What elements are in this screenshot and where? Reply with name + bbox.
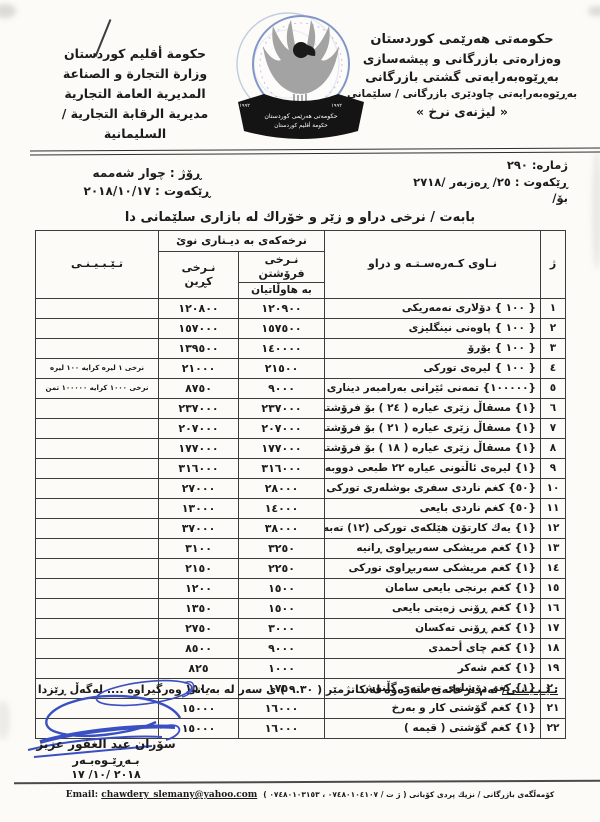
scan-smudge <box>592 150 600 270</box>
buy-price: ٢١٥٠ <box>159 558 239 578</box>
header-divider <box>30 148 600 156</box>
row-number: ٥ <box>541 378 566 398</box>
row-number: ٢٢ <box>541 718 566 738</box>
buy-price: ٣١٦٠٠٠ <box>159 458 239 478</box>
buy-price: ١٥٧٠٠٠ <box>159 318 239 338</box>
table-row: ١٥ {١} كغم برنجی بایعی سامان ١٥٠٠ ١٢٠٠ <box>36 578 566 598</box>
signatory-name: سۆران عبد الغفور عزیز <box>26 737 186 751</box>
col-header-price-group: نرخه‌كه‌ی به‌ دیـناری نوێ <box>159 231 325 252</box>
price-table: ژ نـاوی كـه‌ره‌سـتـه‌ و دراو نرخه‌كه‌ی ب… <box>35 230 566 739</box>
table-row: ٩ {١} لیره‌ی ئاڵتونی عیاره‌ ٢٢ طبعی دووب… <box>36 458 566 478</box>
row-number: ٨ <box>541 438 566 458</box>
row-number: ٤ <box>541 358 566 378</box>
sell-price: ١٥٠٠ <box>239 598 325 618</box>
item-name: {١} كغم مریشكی سه‌ربڕاوی ڕانیه‌ <box>325 538 541 558</box>
sell-price: ١٦٠٠٠ <box>239 698 325 718</box>
footer-address-phones: كۆمه‌ڵگه‌ی بازرگانی / نزیك پردی كۆبانی (… <box>263 790 554 799</box>
table-row: ١٤ {١} كغم مریشكی سه‌ربڕاوی توركی ٢٢٥٠ ٢… <box>36 558 566 578</box>
table-row: ١١ {٥٠} كغم ناردی بایعی ١٤٠٠٠ ١٣٠٠٠ <box>36 498 566 518</box>
sell-price: ٢٢٥٠ <box>239 558 325 578</box>
row-note <box>36 598 159 618</box>
table-row: ٣ { ١٠٠ } یۆرۆ ١٤٠٠٠٠ ١٣٩٥٠٠ <box>36 338 566 358</box>
row-note <box>36 558 159 578</box>
scan-smudge <box>0 700 10 740</box>
letterhead-line: به‌ڕێوه‌به‌رایه‌تی چاودێری بازرگانی / سل… <box>342 87 582 103</box>
buy-price: ٢٠٧٠٠٠ <box>159 418 239 438</box>
table-row: ٥ {١٠٠٠٠٠} تمه‌نی ئێرانی به‌رامبه‌ر دینا… <box>36 378 566 398</box>
buy-price: ٢٧٥٠ <box>159 618 239 638</box>
price-table-header: ژ نـاوی كـه‌ره‌سـتـه‌ و دراو نرخه‌كه‌ی ب… <box>36 231 566 299</box>
sell-price: ٣٠٠٠ <box>239 618 325 638</box>
item-name: {١} كغم مریشكی سه‌ربڕاوی توركی <box>325 558 541 578</box>
col-header-buy-line: كڕین <box>160 275 237 289</box>
sell-price: ١٦٠٠٠ <box>239 718 325 738</box>
item-name: {٥٠} كغم ناردی بایعی <box>325 498 541 518</box>
item-name: { ١٠٠ } یۆرۆ <box>325 338 541 358</box>
row-number: ١٨ <box>541 638 566 658</box>
price-table-body: ١ { ١٠٠ } دۆلاری نه‌مه‌ریكی ١٢٠٩٠٠ ١٢٠٨٠… <box>36 298 566 738</box>
letterhead-arabic: حكومة أقليم كوردستان وزارة التجارة و الص… <box>30 44 240 144</box>
letterhead-line: وه‌زاره‌تی بازرگانی و پیشه‌سازی <box>342 50 582 69</box>
letterhead-line: وزارة التجارة و الصناعة <box>30 64 240 84</box>
buy-price: ١٣٠٠٠ <box>159 498 239 518</box>
col-header-to-citizens: به‌ هاوڵاتیان <box>239 282 325 298</box>
buy-price: ١٢٠٨٠٠ <box>159 298 239 318</box>
col-header-number: ژ <box>541 231 566 299</box>
col-header-sell-line: نـرخی <box>240 253 323 267</box>
table-row: ١٦ {١} كغم ڕۆنی زه‌یتی بایعی ١٥٠٠ ١٣٥٠ <box>36 598 566 618</box>
item-name: {١} مسقاڵ زێری عیاره‌ ( ٢١ ) بۆ فرۆشتن <box>325 418 541 438</box>
buy-price: ٨٧٥٠ <box>159 378 239 398</box>
row-number: ١٣ <box>541 538 566 558</box>
table-row: ٧ {١} مسقاڵ زێری عیاره‌ ( ٢١ ) بۆ فرۆشتن… <box>36 418 566 438</box>
col-header-buy-line: نـرخی <box>160 261 237 275</box>
row-note <box>36 478 159 498</box>
row-note <box>36 438 159 458</box>
table-row: ١٣ {١} كغم مریشكی سه‌ربڕاوی ڕانیه‌ ٣٢٥٠ … <box>36 538 566 558</box>
letterhead-line: حكومة أقليم كوردستان <box>30 44 240 64</box>
scan-smudge <box>0 4 16 18</box>
table-row: ٦ {١} مسقاڵ زێری عیاره‌ ( ٢٤ ) بۆ فرۆشتن… <box>36 398 566 418</box>
doc-date-gregorian: ڕێكه‌وت : ٢٠١٨/١٠/١٧ <box>52 182 242 200</box>
col-header-buy-price: نـرخی كڕین <box>159 252 239 299</box>
sell-price: ٣٢٥٠ <box>239 538 325 558</box>
row-note <box>36 638 159 658</box>
row-note <box>36 458 159 478</box>
table-row: ١٩ {١} كغم شه‌كر ١٠٠٠ ٨٢٥ <box>36 658 566 678</box>
buy-price: ٣١٠٠ <box>159 538 239 558</box>
table-row: ١٨ {١} كغم چای أحمدی ٩٠٠٠ ٨٥٠٠ <box>36 638 566 658</box>
scan-smudge <box>588 6 600 16</box>
row-note <box>36 338 159 358</box>
row-number: ١٢ <box>541 518 566 538</box>
buy-price: ١٣٩٥٠٠ <box>159 338 239 358</box>
sell-price: ١٥٧٥٠٠ <box>239 318 325 338</box>
doc-day: ڕۆژ : چوار شه‌ممه‌ <box>52 164 242 182</box>
document-meta-right: ژماره‌: ٢٩٠ ڕێكه‌وت : ٢٥/ ڕه‌زبه‌ر /٢٧١٨… <box>413 157 568 207</box>
sell-price: ٣١٦٠٠٠ <box>239 458 325 478</box>
kurdistan-government-emblem: حكومه‌تی هه‌رێمی كوردستان حكومة أقليم كو… <box>228 6 374 152</box>
item-name: {١} مسقاڵ زێری عیاره‌ ( ٢٤ ) بۆ فرۆشتن <box>325 398 541 418</box>
buy-price: ٢٣٧٠٠٠ <box>159 398 239 418</box>
price-committee-label: « لیژنه‌ی نرخ » <box>342 103 582 122</box>
table-row: ١٠ {٥٠} كغم ناردی سفری بوشله‌ری توركی ٢٨… <box>36 478 566 498</box>
item-name: { ١٠٠ } پاوه‌نی نینگلیزی <box>325 318 541 338</box>
sell-price: ٣٨٠٠٠ <box>239 518 325 538</box>
item-name: {١} مسقاڵ زێری عیاره‌ ( ١٨ ) بۆ فرۆشتن <box>325 438 541 458</box>
row-number: ٣ <box>541 338 566 358</box>
footer-contact-line: كۆمه‌ڵگه‌ی بازرگانی / نزیك پردی كۆبانی (… <box>40 790 580 800</box>
buy-price: ٢١٠٠٠ <box>159 358 239 378</box>
ribbon-year: ١٩٩٢ <box>239 103 250 109</box>
buy-price: ٢٧٠٠٠ <box>159 478 239 498</box>
row-note <box>36 578 159 598</box>
row-note <box>36 518 159 538</box>
ribbon-year: ١٩٩٢ <box>331 103 342 109</box>
row-number: ٧ <box>541 418 566 438</box>
row-number: ٦ <box>541 398 566 418</box>
letterhead-line: مديرية الرقابة التجارية / السليمانية <box>30 104 240 144</box>
col-header-notes: تـێـبـیـنـی <box>36 231 159 299</box>
table-row: ٤ { ١٠٠ } لیره‌ی توركی ٢١٥٠٠ ٢١٠٠٠ نرخی … <box>36 358 566 378</box>
document-meta-left: ڕۆژ : چوار شه‌ممه‌ ڕێكه‌وت : ٢٠١٨/١٠/١٧ <box>52 164 242 200</box>
row-note <box>36 318 159 338</box>
row-number: ١٦ <box>541 598 566 618</box>
document-title: بابه‌ت / نرخی دراو و زێر و خۆراك له‌ باز… <box>35 210 565 225</box>
item-name: {١٠٠٠٠٠} تمه‌نی ئێرانی به‌رامبه‌ر دیناری… <box>325 378 541 398</box>
sell-price: ١٢٠٩٠٠ <box>239 298 325 318</box>
row-note <box>36 498 159 518</box>
buy-price: ٣٧٠٠٠ <box>159 518 239 538</box>
letterhead-line: به‌ڕێوه‌به‌رایه‌تی گشتی بازرگانی <box>342 68 582 87</box>
row-note: نرخی ١٠٠٠ كرایه‌ ١٠٠٠٠٠ تمن <box>36 378 159 398</box>
row-number: ٢ <box>541 318 566 338</box>
buy-price: ٨٢٥ <box>159 658 239 678</box>
row-note: نرخی ١ لیره‌ كرایه‌ ١٠٠ لیره‌ <box>36 358 159 378</box>
col-header-item-name: نـاوی كـه‌ره‌سـتـه‌ و دراو <box>325 231 541 299</box>
item-name: {١} كغم شه‌كر <box>325 658 541 678</box>
item-name: { ١٠٠ } دۆلاری نه‌مه‌ریكی <box>325 298 541 318</box>
ribbon-text: حكومة أقليم كوردستان <box>274 121 328 129</box>
table-row: ١ { ١٠٠ } دۆلاری نه‌مه‌ریكی ١٢٠٩٠٠ ١٢٠٨٠… <box>36 298 566 318</box>
row-number: ٢١ <box>541 698 566 718</box>
table-row: ٨ {١} مسقاڵ زێری عیاره‌ ( ١٨ ) بۆ فرۆشتن… <box>36 438 566 458</box>
item-name: { ١٠٠ } لیره‌ی توركی <box>325 358 541 378</box>
table-row: ١٢ {١} یه‌ك كارتۆن هێلكه‌ی توركی (١٢) ته… <box>36 518 566 538</box>
letterhead-kurdish: حكومه‌تی هه‌رێمی كوردستان وه‌زاره‌تی باز… <box>342 30 582 122</box>
item-name: {١} كغم گۆشتی كار و به‌رخ <box>325 698 541 718</box>
row-number: ١٧ <box>541 618 566 638</box>
sell-price: ٢٨٠٠٠ <box>239 478 325 498</box>
row-note <box>36 658 159 678</box>
sell-price: ١٤٠٠٠ <box>239 498 325 518</box>
row-number: ١١ <box>541 498 566 518</box>
sell-price: ٢١٥٠٠ <box>239 358 325 378</box>
buy-price: ١٢٠٠ <box>159 578 239 598</box>
item-name: {١} كغم برنجی بایعی سامان <box>325 578 541 598</box>
email-label: Email: <box>66 790 98 800</box>
table-row: ١٧ {١} كغم ڕۆنی ته‌كسان ٣٠٠٠ ٢٧٥٠ <box>36 618 566 638</box>
buy-price: ١٣٥٠ <box>159 598 239 618</box>
row-number: ١ <box>541 298 566 318</box>
email-address: chawdery_slemany@yahoo.com <box>101 790 257 800</box>
sell-price: ٢٣٧٠٠٠ <box>239 398 325 418</box>
letterhead-line: حكومه‌تی هه‌رێمی كوردستان <box>342 30 582 50</box>
sell-price: ٩٠٠٠ <box>239 638 325 658</box>
sell-price: ١٤٠٠٠٠ <box>239 338 325 358</box>
sell-price: ٩٠٠٠ <box>239 378 325 398</box>
ribbon-text: حكومه‌تی هه‌رێمی كوردستان <box>264 113 337 120</box>
sell-price: ١٠٠٠ <box>239 658 325 678</box>
row-note <box>36 418 159 438</box>
row-note <box>36 538 159 558</box>
signature-date: ٢٠١٨ /١٠/ ١٧ <box>26 768 186 781</box>
item-name: {١} لیره‌ی ئاڵتونی عیاره‌ ٢٢ طبعی دووبه‌… <box>325 458 541 478</box>
item-name: {١} كغم چای أحمدی <box>325 638 541 658</box>
sell-price: ١٧٧٠٠٠ <box>239 438 325 458</box>
scanned-price-list-document: حكومه‌تی هه‌رێمی كوردستان وه‌زاره‌تی باز… <box>0 0 600 822</box>
item-name: {١} یه‌ك كارتۆن هێلكه‌ی توركی (١٢) ته‌به… <box>325 518 541 538</box>
item-name: {١} كغم ڕۆنی زه‌یتی بایعی <box>325 598 541 618</box>
footer-email: Email: chawdery_slemany@yahoo.com <box>66 790 258 800</box>
table-row: ٢ { ١٠٠ } پاوه‌نی نینگلیزی ١٥٧٥٠٠ ١٥٧٠٠٠ <box>36 318 566 338</box>
buy-price: ١٧٧٠٠٠ <box>159 438 239 458</box>
letterhead-line: المديرية العامة التجارية <box>30 84 240 104</box>
row-note <box>36 618 159 638</box>
doc-number: ژماره‌: ٢٩٠ <box>413 157 568 174</box>
footer-note-label: تـێـبـیـنـی/ <box>502 683 558 696</box>
signatory-title: بـه‌ڕێـوه‌بـه‌ر <box>26 753 186 767</box>
row-number: ١٤ <box>541 558 566 578</box>
sell-price: ١٥٠٠ <box>239 578 325 598</box>
row-number: ٩ <box>541 458 566 478</box>
item-name: {١} كغم گۆشتی ( قیمه‌ ) <box>325 718 541 738</box>
row-number: ١٥ <box>541 578 566 598</box>
row-note <box>36 398 159 418</box>
col-header-sell-line: فرۆشتن <box>240 267 323 281</box>
doc-date-kurdish: ڕێكه‌وت : ٢٥/ ڕه‌زبه‌ر /٢٧١٨ <box>413 174 568 191</box>
buy-price: ٨٥٠٠ <box>159 638 239 658</box>
row-note <box>36 298 159 318</box>
row-number: ١٩ <box>541 658 566 678</box>
item-name: {٥٠} كغم ناردی سفری بوشله‌ری توركی <box>325 478 541 498</box>
col-header-sell-price: نـرخی فرۆشتن <box>239 252 325 283</box>
row-number: ١٠ <box>541 478 566 498</box>
doc-to: بۆ/ <box>413 190 568 207</box>
sell-price: ٢٠٧٠٠٠ <box>239 418 325 438</box>
item-name: {١} كغم ڕۆنی ته‌كسان <box>325 618 541 638</box>
